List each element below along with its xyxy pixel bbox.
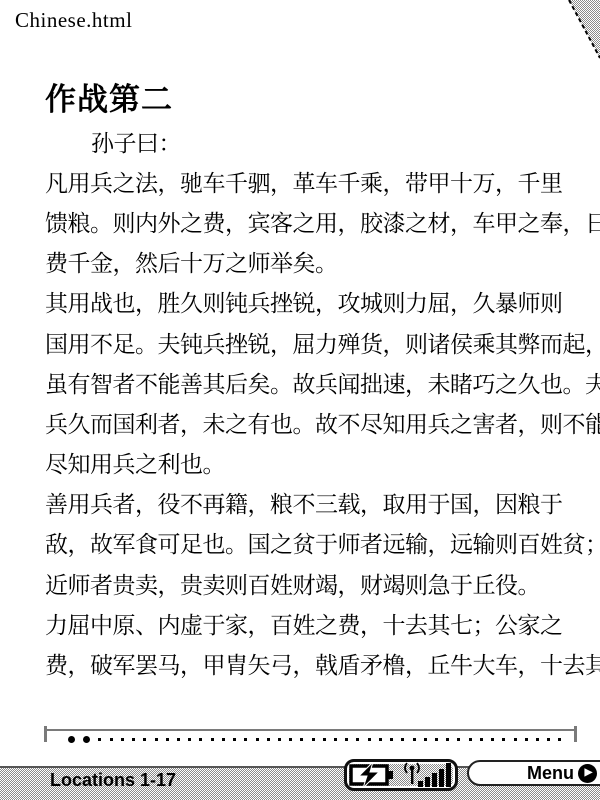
chapter-heading: 作战第二 — [45, 74, 173, 119]
location-dot — [435, 738, 438, 741]
location-dot — [267, 738, 270, 741]
location-dot — [514, 738, 517, 741]
location-dot — [368, 738, 371, 741]
location-dot — [469, 738, 472, 741]
location-dot — [401, 738, 404, 741]
location-dot — [491, 738, 494, 741]
text-line: 费，破军罢马，甲胄矢弓，戟盾矛橹，丘牛大车，十去其 — [45, 643, 597, 683]
text-line: 其用战也，胜久则钝兵挫锐，攻城则力屈，久暴师则 — [45, 282, 597, 322]
location-dot — [233, 738, 236, 741]
location-dot — [547, 738, 550, 741]
locations-label: Locations 1-17 — [50, 770, 176, 791]
text-line: 凡用兵之法，驰车千驷，革车千乘，带甲十万，千里 — [45, 161, 597, 201]
text-line: 敌，故军食可足也。国之贫于师者远输，远输则百姓贫； — [45, 523, 597, 563]
location-dot — [166, 738, 169, 741]
text-line: 馈粮。则内外之费，宾客之用，胶漆之材，车甲之奉，日 — [45, 201, 597, 241]
location-dot — [188, 738, 191, 741]
location-dot — [345, 738, 348, 741]
location-dot — [121, 738, 124, 741]
location-dot — [525, 738, 528, 741]
location-dot — [390, 738, 393, 741]
ereader-screen: { "reader": { "file_title": "Chinese.htm… — [0, 0, 600, 800]
battery-charging-icon — [349, 762, 395, 788]
location-dot — [536, 738, 539, 741]
progress-start-tick — [44, 726, 47, 742]
menu-button-label: Menu — [527, 763, 574, 784]
location-dot — [424, 738, 427, 741]
location-dot — [110, 738, 113, 741]
progress-track-line — [45, 729, 576, 731]
text-line: 孙子曰： — [45, 121, 597, 161]
location-dot — [256, 738, 259, 741]
text-line: 国用不足。夫钝兵挫锐，屈力殚货，则诸侯乘其弊而起， — [45, 322, 597, 362]
menu-button[interactable]: Menu ▶ — [467, 760, 600, 786]
text-line: 费千金，然后十万之师举矣。 — [45, 242, 597, 282]
wireless-signal-icon — [402, 762, 454, 788]
location-dot — [480, 738, 483, 741]
current-location-dot — [68, 736, 75, 743]
location-dot — [558, 738, 561, 741]
location-dot — [98, 738, 101, 741]
bookmark-dogear-icon — [566, 0, 600, 60]
location-dot — [300, 738, 303, 741]
text-line: 力屈中原、内虚于家，百姓之费，十去其七；公家之 — [45, 603, 597, 643]
current-location-dot — [83, 736, 90, 743]
location-dot — [502, 738, 505, 741]
progress-end-tick — [574, 726, 577, 742]
location-dot — [278, 738, 281, 741]
text-line: 善用兵者，役不再籍，粮不三载，取用于国，因粮于 — [45, 483, 597, 523]
location-dot — [446, 738, 449, 741]
location-dot — [143, 738, 146, 741]
location-dot — [211, 738, 214, 741]
location-dot — [413, 738, 416, 741]
location-dot — [457, 738, 460, 741]
text-line: 近师者贵卖，贵卖则百姓财竭，财竭则急于丘役。 — [45, 563, 597, 603]
location-dot — [177, 738, 180, 741]
location-dot — [222, 738, 225, 741]
location-dot — [379, 738, 382, 741]
text-line: 兵久而国利者，未之有也。故不尽知用兵之害者，则不能 — [45, 402, 597, 442]
battery-signal-indicator — [344, 759, 458, 791]
page-text: 孙子曰： 凡用兵之法，驰车千驷，革车千乘，带甲十万，千里 馈粮。则内外之费，宾客… — [45, 121, 597, 684]
location-dot — [356, 738, 359, 741]
location-dot — [199, 738, 202, 741]
location-dot — [155, 738, 158, 741]
location-dot — [244, 738, 247, 741]
location-dot — [132, 738, 135, 741]
location-dot — [334, 738, 337, 741]
text-line: 虽有智者不能善其后矣。故兵闻拙速，未睹巧之久也。夫 — [45, 362, 597, 402]
text-line: 尽知用兵之利也。 — [45, 443, 597, 483]
location-dot — [323, 738, 326, 741]
location-dot — [289, 738, 292, 741]
location-progress-scrubber[interactable] — [68, 734, 562, 745]
location-dot — [312, 738, 315, 741]
menu-arrow-icon: ▶ — [578, 764, 597, 783]
document-title: Chinese.html — [15, 8, 132, 33]
